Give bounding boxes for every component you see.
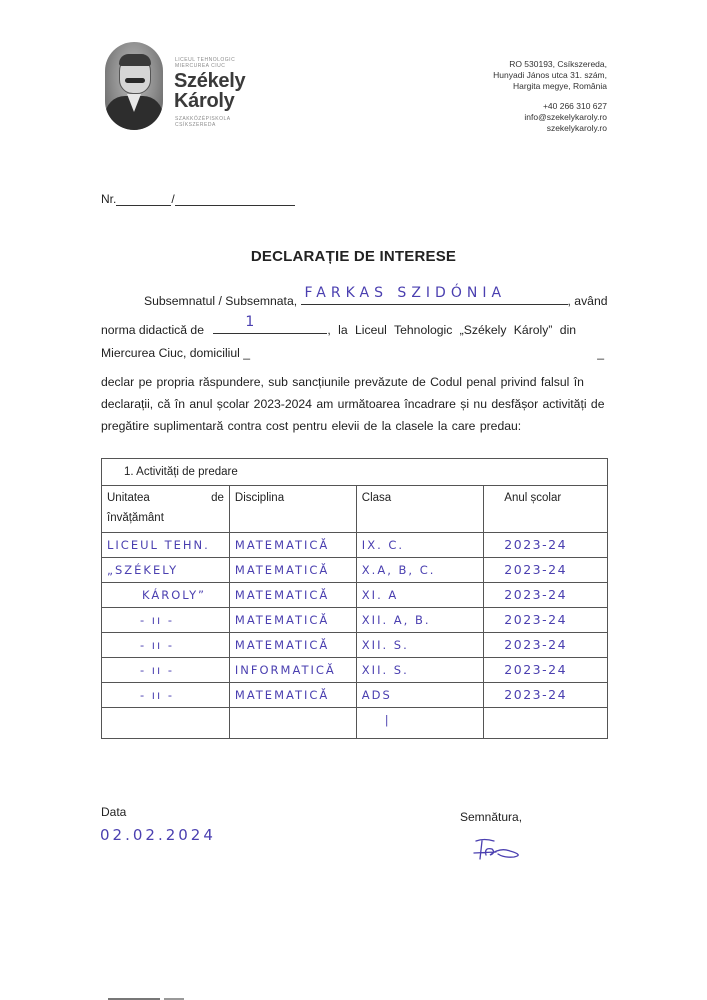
class-cell: XII. A, B.	[356, 608, 484, 633]
declarant-suffix: , având	[568, 294, 608, 308]
name-field[interactable]: FARKAS SZIDÓNIA	[301, 290, 568, 305]
unit-cell: - ıı -	[102, 608, 230, 633]
declaration-line2: declarații, că în anul școlar 2023-2024 …	[101, 393, 608, 415]
year-cell: 2023-24	[484, 558, 608, 583]
discipline-cell: MATEMATICĂ	[229, 608, 356, 633]
discipline-cell: MATEMATICĂ	[229, 633, 356, 658]
date-label: Data	[101, 805, 126, 819]
logo-name2: Károly	[174, 91, 234, 111]
unit-cell: KÁROLY”	[102, 583, 230, 608]
email: info@szekelykaroly.ro	[493, 112, 607, 123]
unit-cell: - ıı -	[102, 633, 230, 658]
page-title: DECLARAȚIE DE INTERESE	[0, 248, 707, 265]
discipline-cell: MATEMATICĂ	[229, 533, 356, 558]
declaration-line3: pregătire suplimentară contra cost pentr…	[101, 415, 608, 437]
declaration-paragraph: declar pe propria răspundere, sub sancți…	[101, 371, 608, 437]
year-cell	[484, 708, 608, 739]
discipline-cell: MATEMATICĂ	[229, 583, 356, 608]
contact-block: RO 530193, Csíkszereda, Hunyadi János ut…	[493, 59, 607, 134]
date-value: 02.02.2024	[100, 826, 216, 844]
registration-number: Nr./	[101, 192, 295, 206]
declaration-line1: declar pe propria răspundere, sub sancți…	[101, 371, 608, 393]
portrait-icon	[105, 42, 163, 130]
phone: +40 266 310 627	[493, 101, 607, 112]
discipline-cell: MATEMATICĂ	[229, 558, 356, 583]
year-cell: 2023-24	[484, 608, 608, 633]
class-cell: IX. C.	[356, 533, 484, 558]
norma-field[interactable]: 1	[213, 319, 327, 334]
class-cell: ADS	[356, 683, 484, 708]
class-cell: XI. A	[356, 583, 484, 608]
column-header-unit: Unitateadeînvățământ	[102, 486, 230, 533]
nr-date-field[interactable]	[175, 193, 295, 206]
nr-field[interactable]	[116, 193, 171, 206]
class-cell: X.A, B, C.	[356, 558, 484, 583]
table-row: „SZÉKELYMATEMATICĂX.A, B, C.2023-24	[102, 558, 608, 583]
year-cell: 2023-24	[484, 583, 608, 608]
table-row: |	[102, 708, 608, 739]
class-cell: |	[356, 708, 484, 739]
declarant-prefix: Subsemnatul / Subsemnata,	[144, 294, 297, 308]
norma-value: 1	[245, 311, 257, 333]
nr-label: Nr.	[101, 192, 116, 206]
website: szekelykaroly.ro	[493, 123, 607, 134]
logo-line2: MIERCUREA CIUC	[175, 63, 225, 69]
table-row: - ıı -MATEMATICĂXII. A, B.2023-24	[102, 608, 608, 633]
table-row: KÁROLY”MATEMATICĂXI. A2023-24	[102, 583, 608, 608]
name-value: FARKAS SZIDÓNIA	[305, 282, 507, 304]
norma-suffix: , la Liceul Tehnologic „Székely Károly” …	[327, 323, 576, 337]
table-row: - ıı -INFORMATICĂXII. S.2023-24	[102, 658, 608, 683]
logo-name1: Székely	[174, 71, 245, 91]
address-line2: Hunyadi János utca 31. szám,	[493, 70, 607, 81]
unit-cell: - ıı -	[102, 658, 230, 683]
norma-line: norma didactică de 1, la Liceul Tehnolog…	[101, 319, 608, 341]
table-row: LICEUL TEHN.MATEMATICĂIX. C.2023-24	[102, 533, 608, 558]
discipline-cell: INFORMATICĂ	[229, 658, 356, 683]
address-line1: RO 530193, Csíkszereda,	[493, 59, 607, 70]
class-cell: XII. S.	[356, 633, 484, 658]
year-cell: 2023-24	[484, 533, 608, 558]
norma-prefix: norma didactică de	[101, 323, 204, 337]
year-cell: 2023-24	[484, 633, 608, 658]
unit-cell: „SZÉKELY	[102, 558, 230, 583]
address-line3: Hargita megye, România	[493, 81, 607, 92]
declarant-line: Subsemnatul / Subsemnata, FARKAS SZIDÓNI…	[101, 290, 608, 312]
year-cell: 2023-24	[484, 658, 608, 683]
signature-label: Semnătura,	[460, 810, 522, 824]
domicile-label: Miercurea Ciuc, domiciliul _	[101, 346, 250, 360]
discipline-cell	[229, 708, 356, 739]
unit-cell: - ıı -	[102, 683, 230, 708]
domicile-line: Miercurea Ciuc, domiciliul _ _	[101, 342, 608, 364]
teaching-activities-table: 1. Activități de predare Unitateadeînvăț…	[101, 458, 608, 739]
year-cell: 2023-24	[484, 683, 608, 708]
unit-cell	[102, 708, 230, 739]
logo-line4: CSÍKSZEREDA	[175, 122, 216, 128]
column-header-discipline: Disciplina	[229, 486, 356, 533]
signature-icon	[470, 835, 530, 865]
column-header-class: Clasa	[356, 486, 484, 533]
discipline-cell: MATEMATICĂ	[229, 683, 356, 708]
table-row: - ıı -MATEMATICĂXII. S.2023-24	[102, 633, 608, 658]
table-row: - ıı -MATEMATICĂADS2023-24	[102, 683, 608, 708]
class-cell: XII. S.	[356, 658, 484, 683]
column-header-year: Anul școlar	[484, 486, 608, 533]
unit-cell: LICEUL TEHN.	[102, 533, 230, 558]
section-title: 1. Activități de predare	[102, 459, 608, 486]
